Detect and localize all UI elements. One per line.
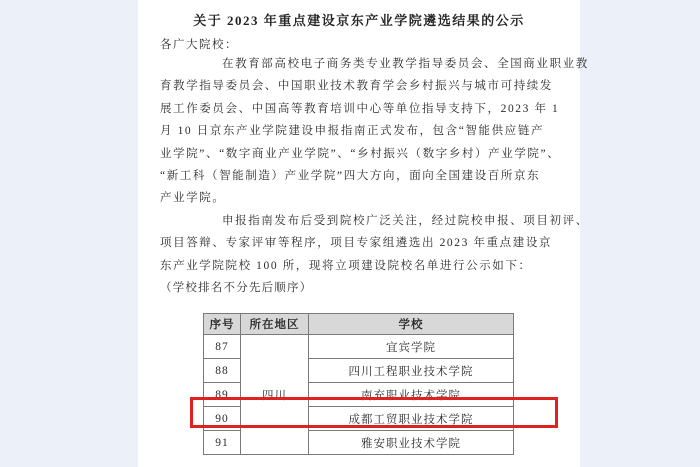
document-page: 关于 2023 年重点建设京东产业学院遴选结果的公示 各广大院校： 在教育部高校…: [138, 0, 580, 467]
rank-cell: 89: [204, 383, 241, 407]
paragraph-selection-result: 申报指南发布后受到院校广泛关注，经过院校申报、项目初评、 项目答辩、专家评审等程…: [160, 210, 564, 277]
paragraph-line: “新工科（智能制造）产业学院”四大方向，面向全国建设百所京东: [160, 165, 564, 187]
paragraph-line: 项目答辩、专家评审等程序，项目专家组遴选出 2023 年重点建设京: [160, 232, 564, 254]
header-rank: 序号: [204, 314, 241, 335]
paragraph-line: 东产业学院院校 100 所，现将立项建设院校名单进行公示如下：: [160, 255, 564, 277]
rank-cell: 91: [204, 431, 241, 455]
rank-cell: 87: [204, 335, 241, 359]
document-title: 关于 2023 年重点建设京东产业学院遴选结果的公示: [138, 10, 580, 29]
school-cell: 雅安职业技术学院: [309, 431, 514, 455]
paragraph-line: 业学院”、“数字商业产业学院”、“乡村振兴（数字乡村）产业学院”、: [160, 143, 564, 165]
rank-cell: 88: [204, 359, 241, 383]
region-cell: 四川: [241, 335, 309, 455]
ranking-note: （学校排名不分先后顺序）: [160, 279, 312, 295]
salutation: 各广大院校：: [160, 36, 238, 52]
paragraph-intro: 在教育部高校电子商务类专业教学指导委员会、全国商业职业教 育教学指导委员会、中国…: [160, 53, 564, 210]
screenshot-stage: 关于 2023 年重点建设京东产业学院遴选结果的公示 各广大院校： 在教育部高校…: [0, 0, 700, 467]
paragraph-line: 在教育部高校电子商务类专业教学指导委员会、全国商业职业教: [160, 53, 564, 75]
paragraph-line: 产业学院。: [160, 187, 564, 209]
table-row: 87 四川 宜宾学院: [204, 335, 514, 359]
school-cell: 四川工程职业技术学院: [309, 359, 514, 383]
school-cell: 南充职业技术学院: [309, 383, 514, 407]
paragraph-line: 育教学指导委员会、中国职业技术教育学会乡村振兴与城市可持续发: [160, 75, 564, 97]
rank-cell: 90: [204, 407, 241, 431]
paragraph-line: 月 10 日京东产业学院建设申报指南正式发布，包含“智能供应链产: [160, 120, 564, 142]
school-cell: 宜宾学院: [309, 335, 514, 359]
school-cell: 成都工贸职业技术学院: [309, 407, 514, 431]
header-region: 所在地区: [241, 314, 309, 335]
table-header-row: 序号 所在地区 学校: [204, 314, 514, 335]
paragraph-line: 展工作委员会、中国高等教育培训中心等单位指导支持下，2023 年 1: [160, 98, 564, 120]
school-roster-table: 序号 所在地区 学校 87 四川 宜宾学院 88 四川工程职业技术学院 89 南…: [203, 313, 514, 455]
paragraph-line: 申报指南发布后受到院校广泛关注，经过院校申报、项目初评、: [160, 210, 564, 232]
header-school: 学校: [309, 314, 514, 335]
